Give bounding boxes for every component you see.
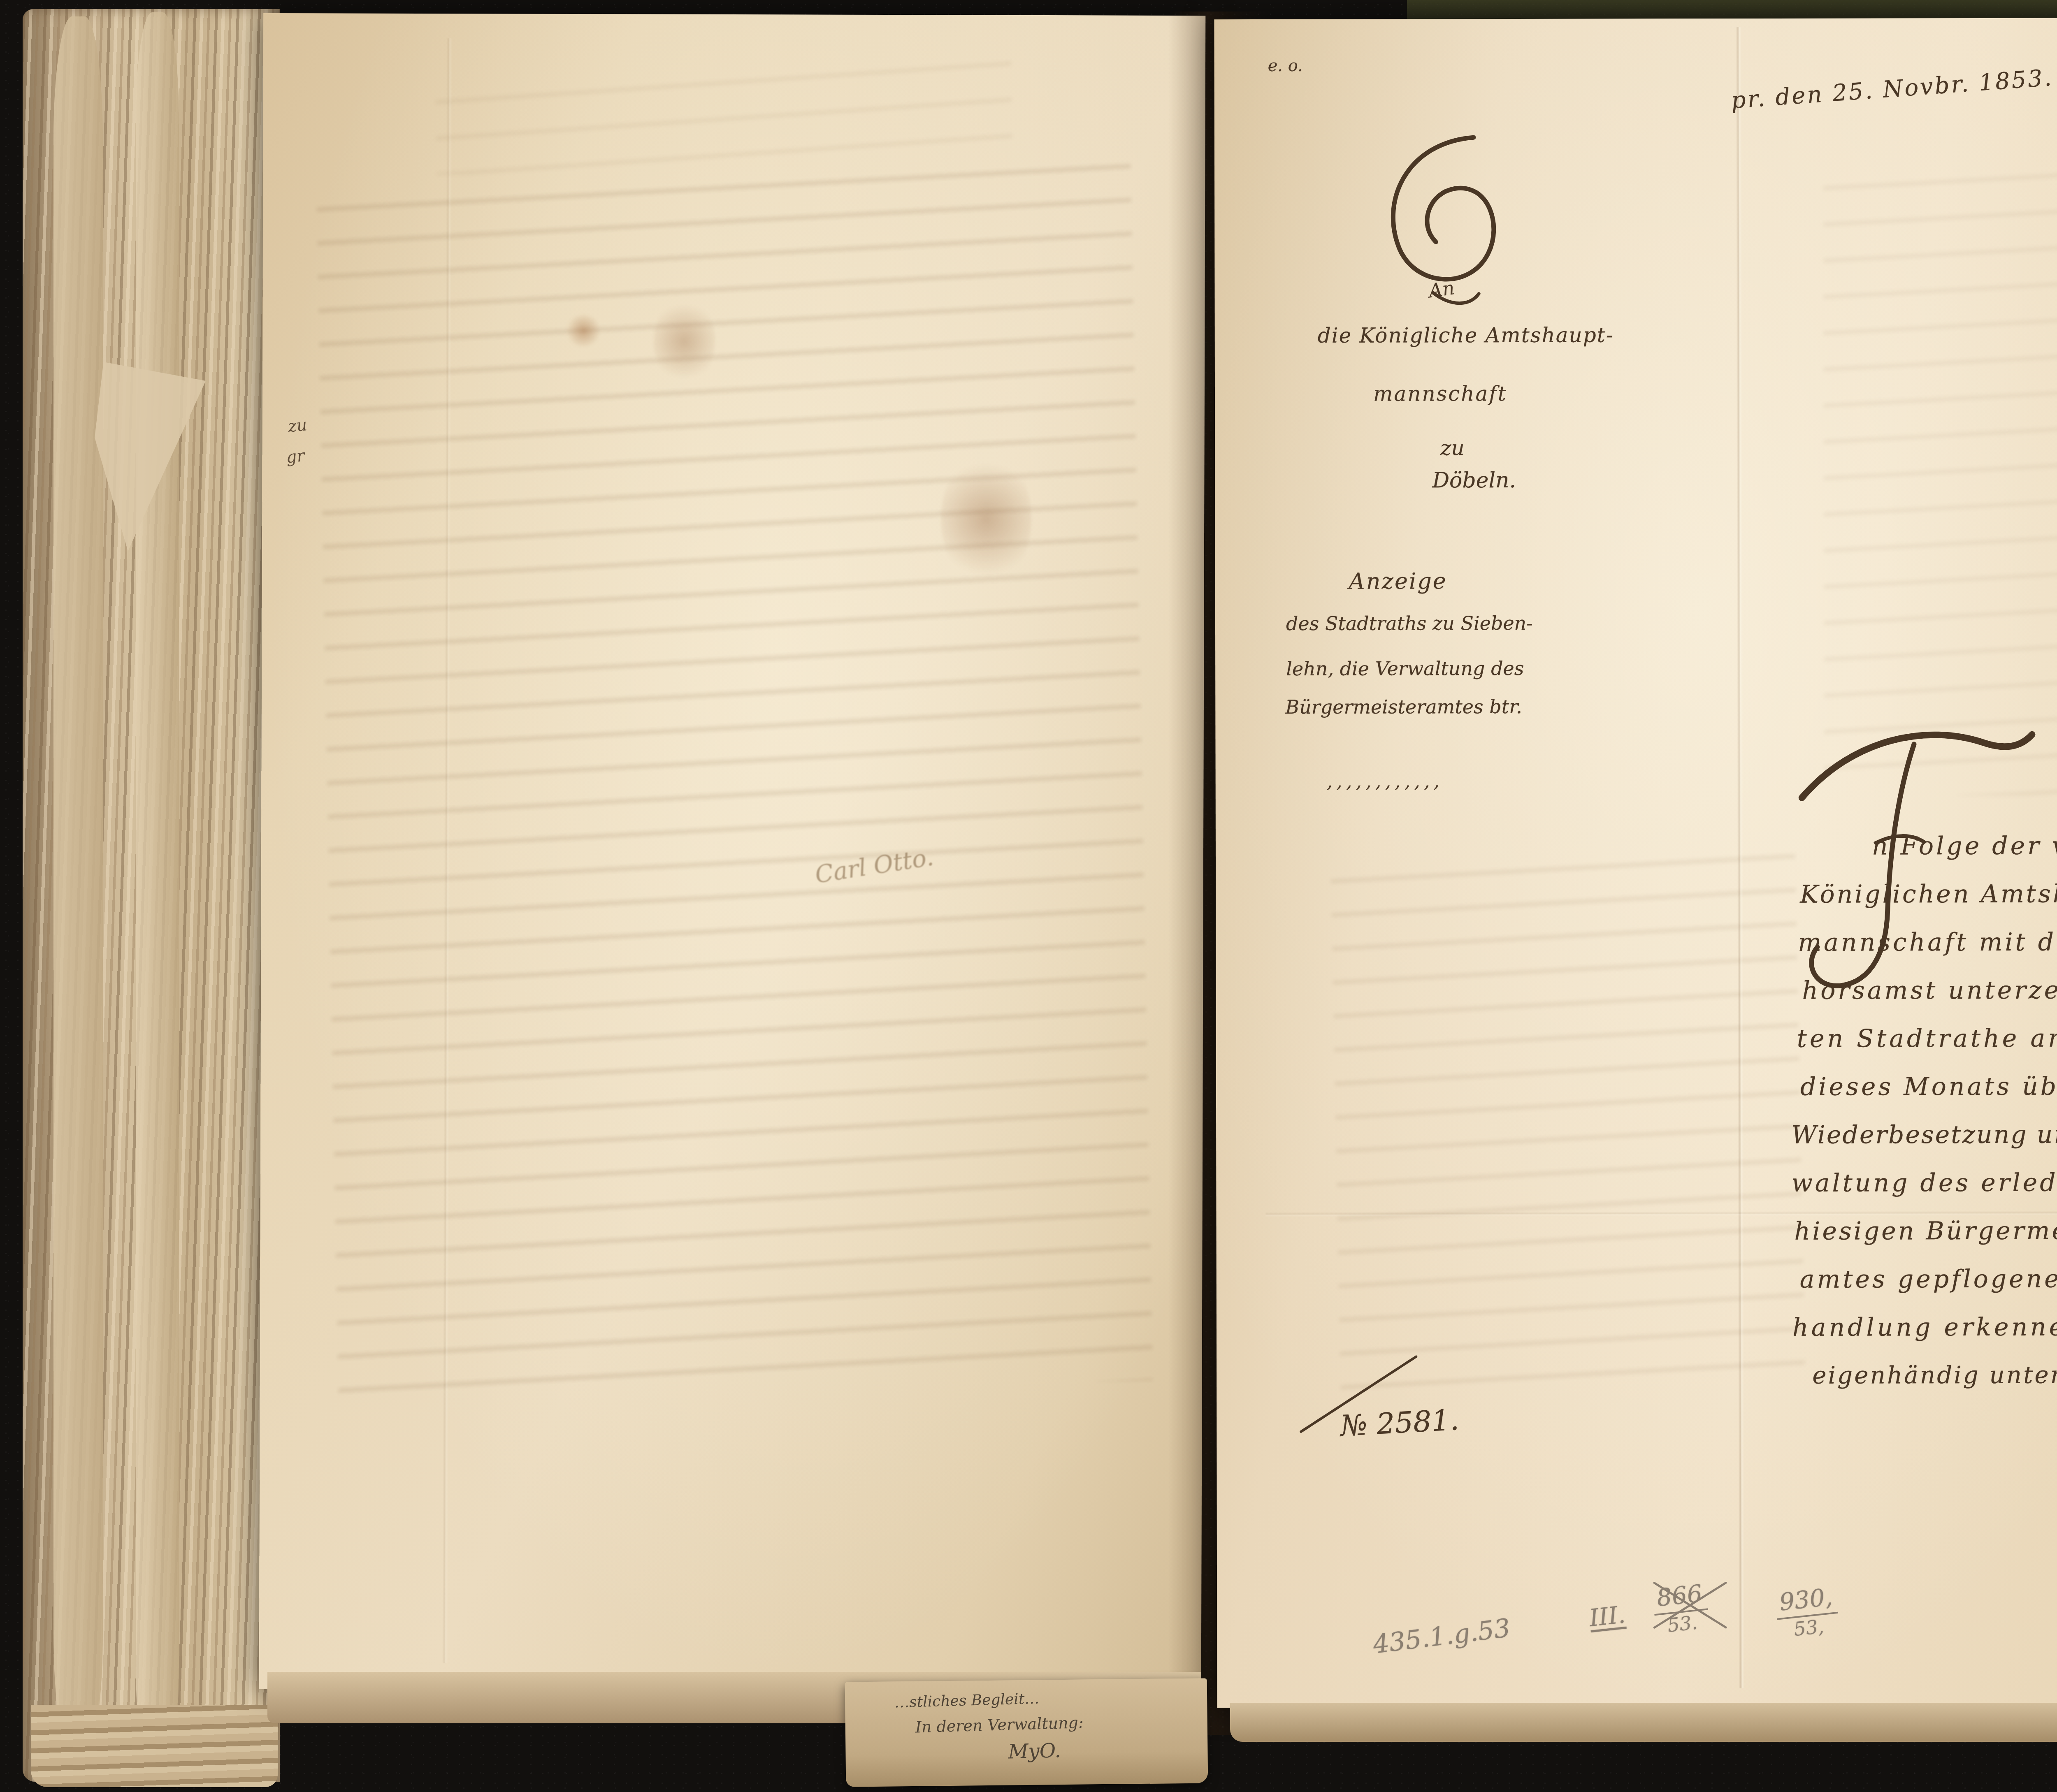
bleedthrough-text-left — [316, 163, 1153, 1396]
stain — [565, 314, 602, 347]
pencil-numerator: 930, — [1774, 1582, 1838, 1620]
pencil-file-ref: 435.1.g.53 — [1371, 1613, 1512, 1660]
body-line: horsamst unterzeichne- — [1802, 976, 2057, 1005]
body-line: waltung des erledigten — [1791, 1168, 2057, 1197]
left-page: Carl Otto. zu gr — [259, 13, 1206, 1692]
bleedthrough-text-right — [1823, 153, 2057, 796]
subject-heading: Anzeige — [1349, 568, 1447, 594]
fragment-line: …stliches Begleit… — [894, 1690, 1040, 1711]
pencil-fraction: 930, 53, — [1774, 1582, 1841, 1642]
divider-marks: ,,,,,,,,,,,, — [1327, 770, 1444, 792]
salutation: An — [1427, 276, 1456, 302]
body-line: mannschaft mit dem ge- — [1798, 927, 2057, 957]
pencil-volume: III. — [1588, 1600, 1627, 1632]
subject-line: des Stadtraths zu Sieben- — [1286, 612, 1533, 635]
bleedthrough-heading-left — [435, 60, 1013, 175]
corner-note: e. o. — [1268, 56, 1303, 75]
address-line: Döbeln. — [1432, 468, 1516, 493]
right-page: e. o. pr. den 25. Novbr. 1853. 200 An di… — [1214, 18, 2057, 1708]
body-line: hiesigen Bürgermeister- — [1795, 1216, 2057, 1245]
bleedthrough-text-right — [1330, 841, 1805, 1397]
body-line: amtes gepflogenen Ver- — [1800, 1264, 2057, 1294]
body-line: Wiederbesetzung und Ver- — [1791, 1120, 2057, 1150]
docket-number: № 2581. — [1339, 1403, 1460, 1443]
margin-note: gr — [285, 446, 305, 467]
address-line: mannschaft — [1373, 382, 1507, 406]
stain — [653, 298, 715, 384]
page-bottom-edge — [1230, 1703, 2057, 1742]
body-line: eigenhändig unterzeichnen- — [1812, 1361, 2057, 1389]
address-line: zu — [1440, 436, 1465, 460]
pencil-crossed-denominator: 53. — [1666, 1611, 1698, 1636]
stain — [941, 451, 1032, 587]
page-edge-stack-bottom — [31, 1705, 278, 1787]
page-edge-strip — [53, 16, 103, 1756]
drop-cap-flourish-icon — [1791, 717, 2038, 1006]
body-line: dieses Monats über die — [1800, 1072, 2057, 1101]
body-line: handlung erkennen die — [1792, 1312, 2057, 1342]
page-edge-strip — [136, 12, 179, 1773]
body-line: n Folge der von der — [1872, 831, 2057, 860]
protruding-page-fragment: …stliches Begleit… In deren Verwaltung: … — [845, 1678, 1208, 1787]
body-line: ten Stadtrathe am 23. — [1797, 1024, 2057, 1053]
pencil-denominator: 53, — [1793, 1615, 1825, 1640]
archival-scan: Carl Otto. zu gr e. o. pr. den 25. Novbr… — [0, 0, 2057, 1792]
address-line: die Königliche Amtshaupt- — [1318, 323, 1614, 348]
subject-line: lehn, die Verwaltung des — [1286, 657, 1524, 680]
fragment-line: In deren Verwaltung: — [915, 1713, 1084, 1736]
fragment-initials: MyO. — [1008, 1739, 1061, 1764]
presentation-date: pr. den 25. Novbr. 1853. — [1730, 64, 2054, 114]
margin-note: zu — [287, 415, 308, 436]
body-line: Königlichen Amtshaupt- — [1800, 879, 2057, 909]
subject-line: Bürgermeisteramtes btr. — [1285, 695, 1522, 718]
